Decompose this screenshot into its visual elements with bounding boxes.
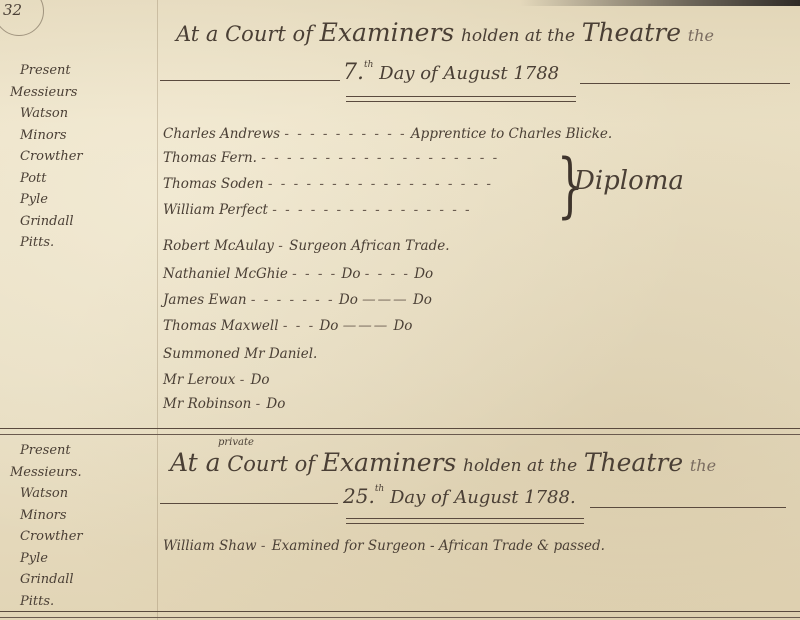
court-heading-2: At a Court of Examiners holden at the Th…: [170, 448, 716, 477]
date-underline: [346, 96, 576, 102]
court-date-1: 7.th Day of August 1788: [343, 60, 559, 85]
heading-rule: [160, 503, 338, 504]
entry-row: Thomas Maxwell - - - Do ——— Do: [163, 318, 412, 334]
present-label: Present: [10, 60, 83, 82]
date-underline: [346, 518, 584, 524]
court-date-2: 25.th Day of August 1788.: [343, 484, 576, 508]
member: Watson: [10, 103, 83, 125]
section-divider: [0, 611, 800, 618]
member: Crowther: [10, 526, 83, 548]
inserted-word: private: [218, 437, 254, 448]
messieurs-label: Messieurs: [10, 82, 83, 104]
attendance-list-1: Present Messieurs Watson Minors Crowther…: [10, 60, 83, 254]
entry-row: Robert McAulay - Surgeon African Trade.: [163, 238, 450, 254]
heading-title: Examiners: [322, 448, 457, 477]
entry-row: William Perfect - - - - - - - - - - - - …: [163, 202, 472, 218]
heading-title: Examiners: [320, 18, 455, 47]
member: Watson: [10, 483, 83, 505]
member: Pyle: [10, 189, 83, 211]
member: Pitts.: [10, 232, 83, 254]
entry-row: Mr Robinson - Do: [163, 396, 285, 412]
entry-row: Thomas Soden - - - - - - - - - - - - - -…: [163, 176, 493, 192]
entry-row: Charles Andrews - - - - - - - - - - Appr…: [163, 126, 612, 142]
member: Minors: [10, 505, 83, 527]
member: Grindall: [10, 211, 83, 233]
attendance-list-2: Present Messieurs. Watson Minors Crowthe…: [10, 440, 83, 612]
court-heading-1: At a Court of Examiners holden at the Th…: [176, 18, 714, 47]
section-divider: [0, 428, 800, 435]
member: Pyle: [10, 548, 83, 570]
heading-place: Theatre: [582, 18, 681, 47]
entry-row: James Ewan - - - - - - - Do ——— Do: [163, 292, 432, 308]
member: Grindall: [10, 569, 83, 591]
heading-rule: [580, 83, 790, 84]
member: Pitts.: [10, 591, 83, 613]
member: Minors: [10, 125, 83, 147]
entry-row: William Shaw - Examined for Surgeon - Af…: [163, 538, 605, 554]
page-number: 32: [0, 0, 44, 36]
heading-place: Theatre: [584, 448, 683, 477]
heading-rule: [160, 80, 340, 81]
present-label: Present: [10, 440, 83, 462]
page-edge-shadow: [520, 0, 800, 6]
entry-row: Thomas Fern. - - - - - - - - - - - - - -…: [163, 150, 499, 166]
diploma-note: Diploma: [574, 166, 684, 196]
entry-row: Summoned Mr Daniel.: [163, 346, 317, 362]
heading-rule: [590, 507, 786, 508]
member: Pott: [10, 168, 83, 190]
manuscript-page: 32 Present Messieurs Watson Minors Crowt…: [0, 0, 800, 620]
messieurs-label: Messieurs.: [10, 462, 83, 484]
entry-row: Mr Leroux - Do: [163, 372, 270, 388]
margin-rule: [157, 0, 158, 620]
entry-row: Nathaniel McGhie - - - - Do - - - - Do: [163, 266, 433, 282]
member: Crowther: [10, 146, 83, 168]
